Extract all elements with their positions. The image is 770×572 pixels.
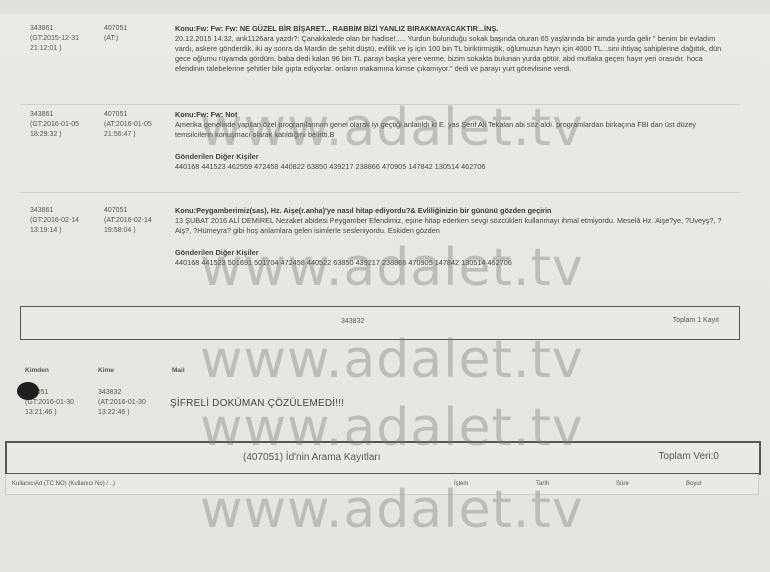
search-records-total: Toplam Veri:0 (658, 451, 719, 462)
other-recipients-list: 440168 441523 462559 472458 440822 63850… (175, 162, 730, 172)
watermark: www.adalet.tv (200, 398, 584, 458)
column-header-user: KullanıcıAd (TC NO) (Kullanıcı No) / ..) (12, 481, 115, 487)
summary-id: 343832 (341, 318, 364, 325)
recipient-id: 343832 (98, 388, 158, 398)
sender-column: 343861 (GT:2016-02-14 13:19:14 ) (30, 206, 105, 236)
page-top-edge (0, 0, 770, 14)
column-header-size: Boyut (686, 481, 701, 487)
received-time: (AT:) (104, 34, 164, 44)
sender-id: 343861 (30, 110, 105, 120)
sent-time: (GT:2016-01-30 13:21:46 ) (25, 398, 100, 418)
message-body: 20.12.2015 14:32, ank1126ara yazdı?: Çan… (175, 34, 730, 74)
message-body: 13 ŞUBAT 2016 ALİ DEMİREL Nezaket abides… (175, 216, 730, 236)
watermark: www.adalet.tv (200, 98, 584, 158)
divider (20, 192, 740, 193)
received-time: (AT:2016-01-05 21:56:47 ) (104, 120, 164, 140)
summary-total: Toplam 1 Kayıt (673, 317, 719, 324)
watermark: www.adalet.tv (200, 238, 584, 298)
watermark: www.adalet.tv (200, 480, 584, 540)
recipient-column: 407051 (AT:2016-01-05 21:56:47 ) (104, 110, 164, 140)
document-page: 343861 (GT:2015-12-31 21:12:01 ) 407051 … (0, 0, 770, 572)
message-subject: Konu:Fw: Fw: Fw: NE GÜZEL BİR BİŞARET...… (175, 24, 730, 34)
sender-id: 343861 (30, 24, 105, 34)
recipient-id: 407051 (104, 206, 164, 216)
recipient-id: 407051 (104, 24, 164, 34)
sender-column: 343861 (GT:2016-01-05 18:29:32 ) (30, 110, 105, 140)
received-time: (AT:2016-02-14 19:58:04 ) (104, 216, 164, 236)
message-subject: Konu:Peygamberimiz(sas), Hz. Aişe(r.anha… (175, 206, 730, 216)
received-time: (AT:2016-01-30 13:22:46 ) (98, 398, 158, 418)
watermark: www.adalet.tv (200, 330, 584, 390)
sender-id: 343861 (30, 206, 105, 216)
sender-column: 343861 (GT:2015-12-31 21:12:01 ) (30, 24, 105, 54)
recipient-column: 407051 (AT:2016-02-14 19:58:04 ) (104, 206, 164, 236)
message-content: Konu:Fw: Fw: Fw: NE GÜZEL BİR BİŞARET...… (175, 24, 730, 74)
column-header-duration: Süre (616, 481, 629, 487)
sent-time: (GT:2016-02-14 13:19:14 ) (30, 216, 105, 236)
column-header-to: Kime (98, 367, 114, 374)
column-header-mail: Mail (172, 367, 185, 374)
sent-time: (GT:2016-01-05 18:29:32 ) (30, 120, 105, 140)
recipient-id: 407051 (104, 110, 164, 120)
sent-time: (GT:2015-12-31 21:12:01 ) (30, 34, 105, 54)
redaction-mark (17, 382, 39, 400)
column-header-from: Kimden (25, 367, 49, 374)
recipient-column: 343832 (AT:2016-01-30 13:22:46 ) (98, 388, 158, 418)
recipient-column: 407051 (AT:) (104, 24, 164, 44)
